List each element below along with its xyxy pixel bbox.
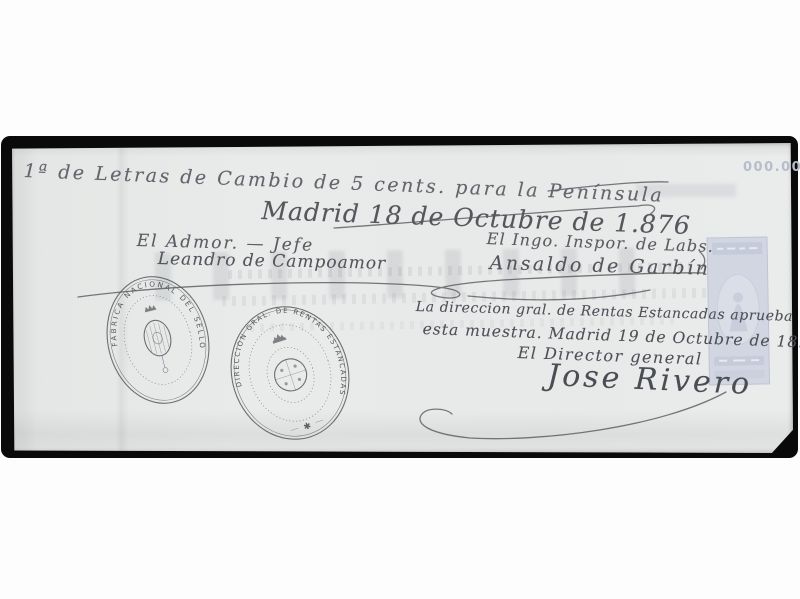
fabrica-nacional-stamp: FABRICA NACIONAL DEL SELLO bbox=[94, 266, 222, 414]
stamp-bottom-mark: ✱ bbox=[302, 421, 312, 433]
stamps-and-flourishes-layer: FABRICA NACIONAL DEL SELLO DIRECCION GRA… bbox=[0, 0, 800, 599]
direccion-rentas-stamp: DIRECCION GRAL. DE RENTAS ESTANCADAS ✱ bbox=[214, 291, 366, 454]
auction-photo-canvas: 000.00 FABRICA NACIONAL DEL SELLO bbox=[0, 0, 800, 599]
crown-icon bbox=[143, 304, 156, 313]
base-ornament bbox=[162, 367, 168, 373]
crown-icon bbox=[271, 332, 287, 344]
